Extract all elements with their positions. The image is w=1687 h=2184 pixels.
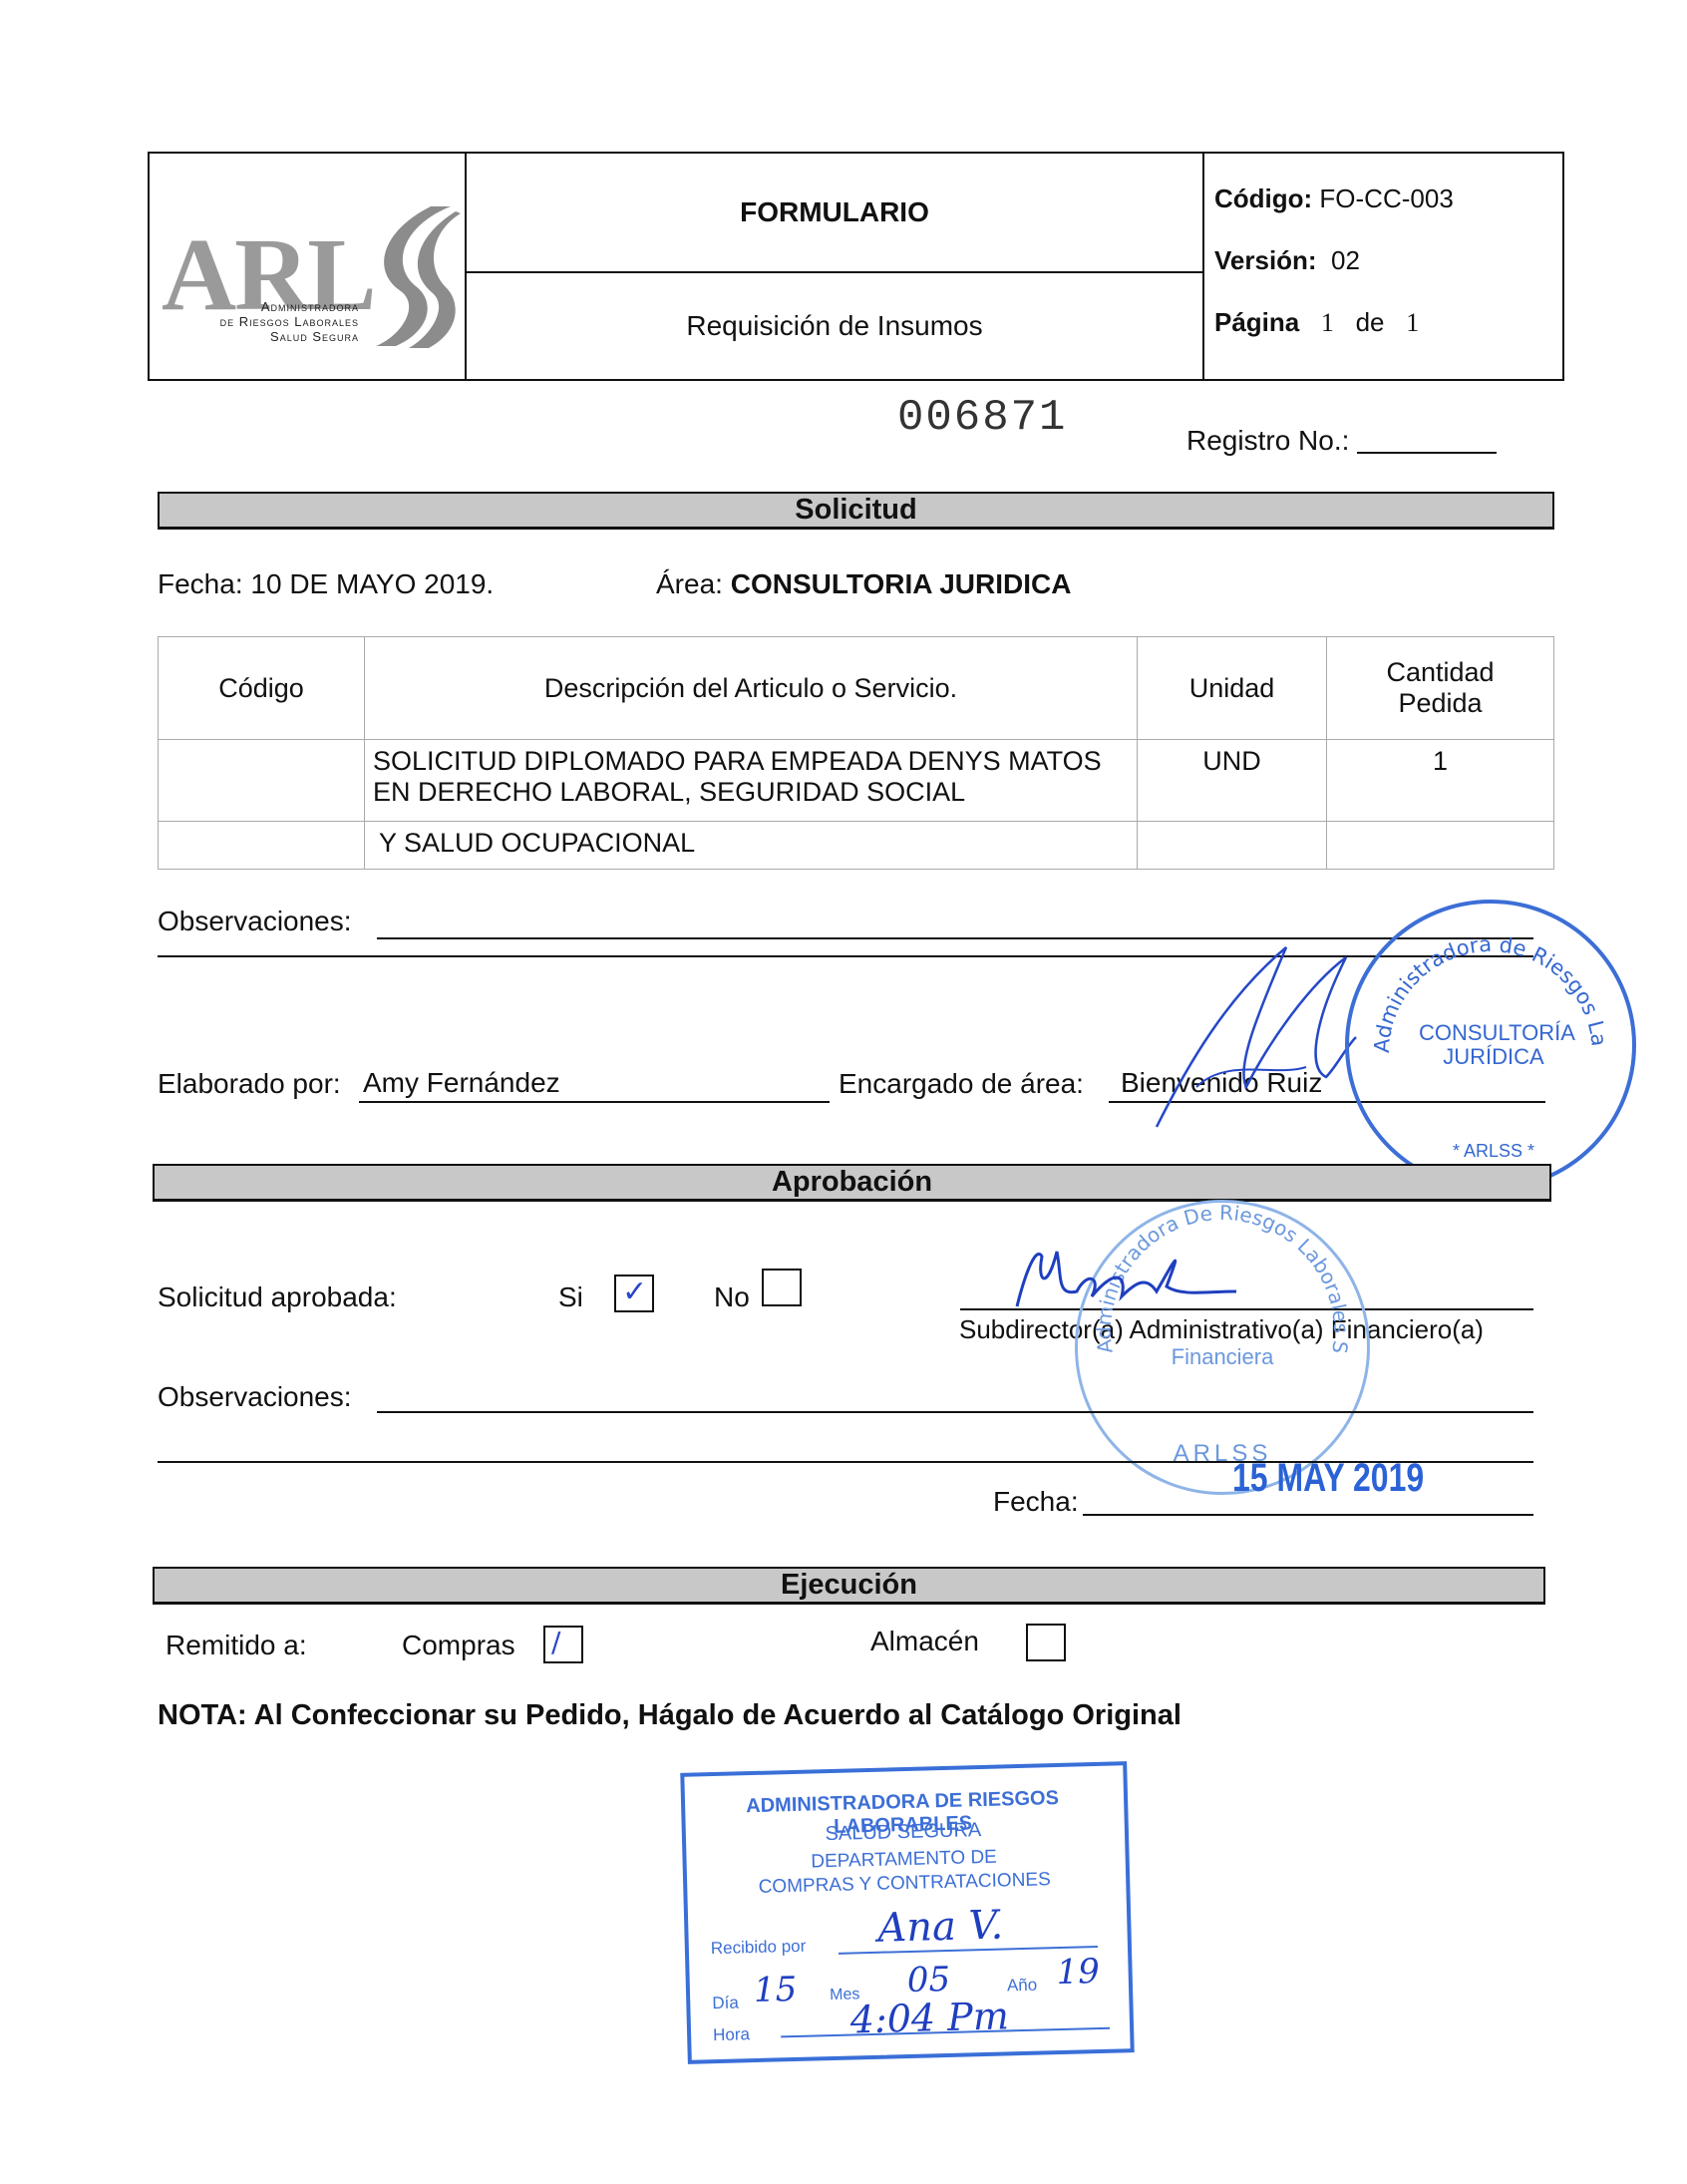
cell-descripcion[interactable]: SOLICITUD DIPLOMADO PARA EMPEADA DENYS M… — [365, 740, 1138, 822]
serial-number: 006871 — [897, 393, 1067, 443]
version-label: Versión: — [1214, 245, 1317, 275]
hora-label: Hora — [713, 2024, 750, 2045]
form-title-block: FORMULARIO Requisición de Insumos — [467, 154, 1204, 379]
column-header: Código — [159, 637, 365, 740]
column-header: Cantidad Pedida — [1327, 637, 1554, 740]
dia-value[interactable]: 15 — [753, 1970, 797, 2010]
cell-codigo[interactable] — [159, 740, 365, 822]
recibido-stamp: ADMINISTRADORA DE RIESGOS LABORABLES SAL… — [680, 1761, 1134, 2064]
elaborado-label: Elaborado por: — [158, 1068, 341, 1100]
section-title: Ejecución — [781, 1569, 917, 1602]
logo-subtitle-line: Salud Segura — [160, 329, 359, 344]
encargado-label: Encargado de área: — [839, 1068, 1084, 1100]
aprob-observaciones-input[interactable] — [377, 1381, 1533, 1413]
company-logo: ARL Administradora de Riesgos Laborales … — [150, 154, 467, 379]
checkmark-icon: / — [551, 1626, 560, 1658]
stamp-center-line: JURÍDICA — [1419, 1045, 1568, 1069]
almacen-checkbox[interactable] — [1026, 1624, 1066, 1661]
pagina-current: 1 — [1321, 308, 1334, 337]
registro-input[interactable] — [1357, 452, 1497, 454]
table-row: SOLICITUD DIPLOMADO PARA EMPEADA DENYS M… — [159, 740, 1554, 822]
logo-subtitle-line: de Riesgos Laborales — [160, 314, 359, 329]
recibido-label: Recibido por — [711, 1937, 807, 1959]
fecha-label: Fecha: — [158, 568, 243, 599]
column-header: Descripción del Articulo o Servicio. — [365, 637, 1138, 740]
area-field: Área: CONSULTORIA JURIDICA — [656, 568, 1071, 600]
stamp-center-line: CONSULTORÍA — [1419, 1021, 1568, 1045]
dia-label: Día — [712, 1993, 739, 2013]
pagina-total: 1 — [1406, 308, 1419, 337]
hora-value[interactable]: 4:04 Pm — [849, 1994, 1009, 2041]
cell-descripcion[interactable]: Y SALUD OCUPACIONAL — [365, 822, 1138, 870]
area-value[interactable]: CONSULTORIA JURIDICA — [731, 568, 1072, 599]
form-type: FORMULARIO — [467, 154, 1202, 273]
subdirector-signature-icon — [1007, 1237, 1306, 1316]
logo-swoosh-icon — [361, 201, 461, 351]
almacen-label: Almacén — [870, 1626, 979, 1657]
no-checkbox[interactable] — [762, 1269, 802, 1306]
ano-value[interactable]: 19 — [1056, 1952, 1100, 1993]
si-label: Si — [558, 1281, 583, 1313]
section-solicitud: Solicitud — [158, 492, 1554, 530]
fecha-value[interactable]: 10 DE MAYO 2019. — [250, 568, 494, 599]
table-row: Y SALUD OCUPACIONAL — [159, 822, 1554, 870]
items-table: Código Descripción del Articulo o Servic… — [158, 636, 1554, 870]
observaciones-label: Observaciones: — [158, 906, 352, 937]
elaborado-input[interactable]: Amy Fernández — [359, 1067, 830, 1103]
compras-label: Compras — [402, 1630, 515, 1661]
form-meta: Código: FO-CC-003 Versión: 02 Página 1 d… — [1204, 154, 1562, 379]
si-checkbox[interactable]: ✓ — [614, 1274, 654, 1312]
registro-label: Registro No.: — [1186, 425, 1349, 456]
encargado-signature-icon — [1137, 927, 1366, 1137]
codigo-label: Código: — [1214, 183, 1312, 213]
logo-subtitle-line: Administradora — [160, 299, 359, 314]
version-value: 02 — [1331, 245, 1360, 275]
no-label: No — [714, 1281, 750, 1313]
aprob-observaciones-label: Observaciones: — [158, 1381, 352, 1413]
aprob-fecha-label: Fecha: — [993, 1486, 1079, 1518]
stamp-bottom-text: * ARLSS * — [1429, 1141, 1558, 1162]
cell-cantidad[interactable]: 1 — [1327, 740, 1554, 822]
registro-field: Registro No.: — [1186, 425, 1497, 457]
cell-cantidad[interactable] — [1327, 822, 1554, 870]
fecha-field: Fecha: 10 DE MAYO 2019. — [158, 568, 494, 600]
nota-text: NOTA: Al Confeccionar su Pedido, Hágalo … — [158, 1699, 1181, 1732]
form-header: ARL Administradora de Riesgos Laborales … — [148, 152, 1564, 381]
cell-unidad[interactable] — [1138, 822, 1327, 870]
consultoria-stamp: Administradora de Riesgos Laborales Salu… — [1345, 900, 1636, 1191]
compras-checkbox[interactable]: / — [543, 1626, 583, 1663]
table-header-row: Código Descripción del Articulo o Servic… — [159, 637, 1554, 740]
remitido-label: Remitido a: — [166, 1630, 307, 1661]
logo-subtitle: Administradora de Riesgos Laborales Salu… — [160, 299, 359, 344]
ano-label: Año — [1007, 1976, 1038, 1997]
mes-value[interactable]: 05 — [906, 1960, 950, 2001]
cell-codigo[interactable] — [159, 822, 365, 870]
cell-unidad[interactable]: UND — [1138, 740, 1327, 822]
section-title: Solicitud — [795, 494, 916, 527]
area-label: Área: — [656, 568, 723, 599]
checkmark-icon: ✓ — [622, 1274, 647, 1309]
recibido-value[interactable]: Ana V. — [877, 1902, 1004, 1951]
form-name: Requisición de Insumos — [467, 273, 1202, 379]
column-header: Unidad — [1138, 637, 1327, 740]
pagina-label: Página — [1214, 307, 1299, 337]
section-aprobacion: Aprobación — [153, 1164, 1551, 1202]
section-ejecucion: Ejecución — [153, 1567, 1545, 1605]
solicitud-aprobada-label: Solicitud aprobada: — [158, 1281, 397, 1313]
pagina-of: de — [1356, 307, 1385, 337]
codigo-value: FO-CC-003 — [1319, 183, 1453, 213]
date-stamp: 15 MAY 2019 — [1232, 1456, 1424, 1501]
section-title: Aprobación — [772, 1166, 932, 1199]
stamp-center-text: Financiera — [1168, 1344, 1277, 1370]
